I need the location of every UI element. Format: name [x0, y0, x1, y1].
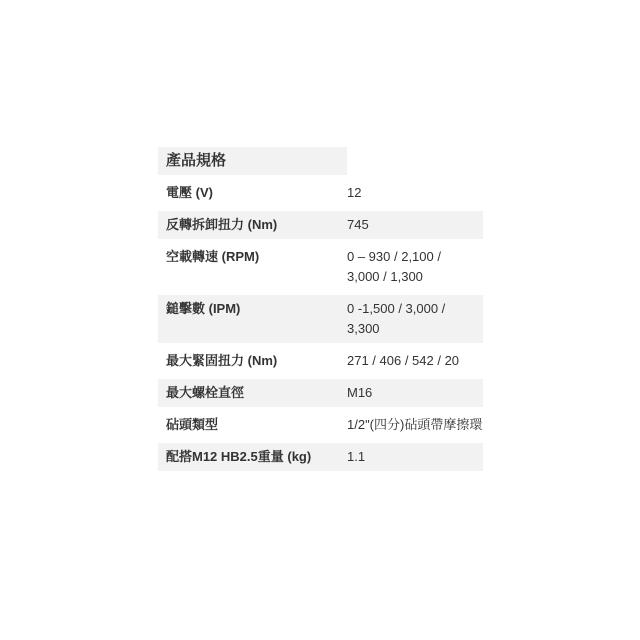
spec-table-header-spacer	[347, 147, 483, 175]
spec-row: 最大螺栓直徑 M16	[158, 379, 483, 407]
product-spec-section: 產品規格 電壓 (V) 12 反轉拆卸扭力 (Nm) 745 空載轉速 (RPM…	[158, 143, 483, 475]
spec-table-title: 產品規格	[158, 147, 347, 175]
spec-table-header-row: 產品規格	[158, 147, 483, 175]
spec-value: 0 -1,500 / 3,000 / 3,300	[347, 295, 483, 343]
spec-value: 1/2"(四分)砧頭帶摩擦環	[347, 411, 483, 439]
spec-table: 產品規格 電壓 (V) 12 反轉拆卸扭力 (Nm) 745 空載轉速 (RPM…	[158, 143, 483, 475]
spec-label: 最大緊固扭力 (Nm)	[158, 347, 347, 375]
spec-label: 反轉拆卸扭力 (Nm)	[158, 211, 347, 239]
spec-row: 配搭M12 HB2.5重量 (kg) 1.1	[158, 443, 483, 471]
spec-value: 745	[347, 211, 483, 239]
spec-label: 配搭M12 HB2.5重量 (kg)	[158, 443, 347, 471]
spec-value: M16	[347, 379, 483, 407]
spec-value: 12	[347, 179, 483, 207]
spec-value: 271 / 406 / 542 / 20	[347, 347, 483, 375]
spec-row: 鎚擊數 (IPM) 0 -1,500 / 3,000 / 3,300	[158, 295, 483, 343]
spec-value: 0 – 930 / 2,100 / 3,000 / 1,300	[347, 243, 483, 291]
spec-row: 電壓 (V) 12	[158, 179, 483, 207]
spec-label: 空載轉速 (RPM)	[158, 243, 347, 291]
spec-label: 最大螺栓直徑	[158, 379, 347, 407]
spec-row: 最大緊固扭力 (Nm) 271 / 406 / 542 / 20	[158, 347, 483, 375]
spec-row: 砧頭類型 1/2"(四分)砧頭帶摩擦環	[158, 411, 483, 439]
spec-label: 鎚擊數 (IPM)	[158, 295, 347, 343]
spec-value: 1.1	[347, 443, 483, 471]
spec-row: 空載轉速 (RPM) 0 – 930 / 2,100 / 3,000 / 1,3…	[158, 243, 483, 291]
spec-label: 砧頭類型	[158, 411, 347, 439]
spec-label: 電壓 (V)	[158, 179, 347, 207]
spec-row: 反轉拆卸扭力 (Nm) 745	[158, 211, 483, 239]
